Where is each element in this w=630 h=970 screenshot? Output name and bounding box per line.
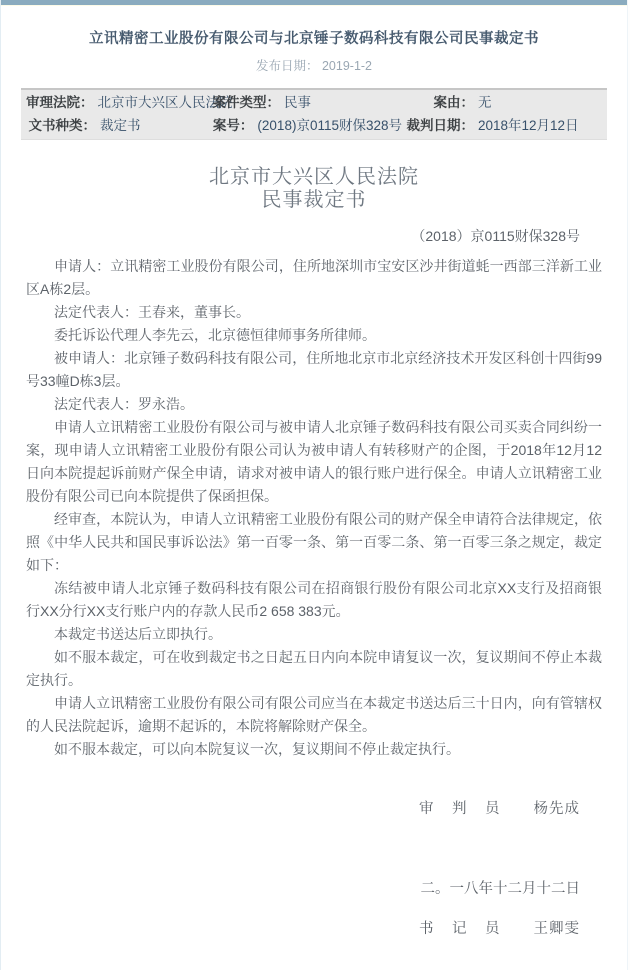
case-number-line: （2018）京0115财保328号: [1, 226, 580, 246]
meta-value: 2018年12月12日: [474, 114, 579, 137]
paragraph: 申请人立讯精密工业股份有限公司与被申请人北京锤子数码科技有限公司买卖合同纠纷一案…: [26, 416, 602, 508]
ruling-date: 二。一八年十二月十二日: [1, 879, 627, 899]
meta-cell-case-number: 案号： (2018)京0115财保328号: [212, 114, 402, 137]
clerk-signature: 书 记 员 王卿雯: [1, 919, 627, 939]
meta-cell-cause: 案由： 无: [402, 91, 607, 114]
meta-label: 文书种类：: [21, 114, 96, 137]
publish-date-label: 发布日期：: [256, 59, 319, 73]
document-header: 北京市大兴区人民法院 民事裁定书: [1, 166, 627, 212]
meta-value: 无: [474, 91, 492, 114]
meta-cell-judgment-date: 裁判日期： 2018年12月12日: [402, 114, 607, 137]
meta-row-1: 审理法院： 北京市大兴区人民法院 案件类型： 民事 案由： 无: [21, 91, 607, 114]
judge-signature: 审 判 员 杨先成: [1, 799, 627, 819]
paragraph: 如不服本裁定，可以向本院复议一次，复议期间不停止裁定执行。: [26, 738, 602, 761]
clerk-name: 王卿雯: [534, 921, 581, 937]
clerk-role: 书 记 员: [419, 921, 502, 937]
paragraph: 法定代表人：王春来，董事长。: [26, 301, 602, 324]
document-type: 民事裁定书: [1, 189, 627, 212]
paragraph: 如不服本裁定，可在收到裁定书之日起五日内向本院申请复议一次，复议期间不停止本裁定…: [26, 646, 602, 692]
judge-role: 审 判 员: [419, 801, 502, 817]
meta-label: 裁判日期：: [402, 114, 474, 137]
meta-cell-doc-type: 文书种类： 裁定书: [21, 114, 212, 137]
page-title: 立讯精密工业股份有限公司与北京锤子数码科技有限公司民事裁定书: [26, 29, 602, 49]
meta-label: 案由：: [402, 91, 474, 114]
meta-cell-court: 审理法院： 北京市大兴区人民法院: [21, 91, 212, 114]
top-accent-bar: [1, 0, 627, 6]
meta-label: 案件类型：: [212, 91, 280, 114]
paragraph: 申请人：立讯精密工业股份有限公司，住所地深圳市宝安区沙井街道蚝一西部三洋新工业区…: [26, 255, 602, 301]
judge-name: 杨先成: [534, 801, 581, 817]
meta-label: 审理法院：: [21, 91, 94, 114]
document-body: 申请人：立讯精密工业股份有限公司，住所地深圳市宝安区沙井街道蚝一西部三洋新工业区…: [26, 255, 602, 761]
paragraph: 本裁定书送达后立即执行。: [26, 623, 602, 646]
paragraph: 冻结被申请人北京锤子数码科技有限公司在招商银行股份有限公司北京XX支行及招商银行…: [26, 577, 602, 623]
paragraph: 法定代表人：罗永浩。: [26, 393, 602, 416]
meta-cell-case-type: 案件类型： 民事: [212, 91, 402, 114]
court-name: 北京市大兴区人民法院: [1, 166, 627, 189]
meta-value: 裁定书: [96, 114, 141, 137]
meta-value: 民事: [280, 91, 311, 114]
meta-value: (2018)京0115财保328号: [253, 114, 402, 137]
paragraph: 被申请人：北京锤子数码科技有限公司，住所地北京市北京经济技术开发区科创十四街99…: [26, 347, 602, 393]
paragraph: 申请人立讯精密工业股份有限公司有限公司应当在本裁定书送达后三十日内，向有管辖权的…: [26, 692, 602, 738]
paragraph: 委托诉讼代理人李先云，北京德恒律师事务所律师。: [26, 324, 602, 347]
case-meta-table: 审理法院： 北京市大兴区人民法院 案件类型： 民事 案由： 无 文书种类： 裁定…: [21, 88, 607, 140]
publish-date: 发布日期： 2019-1-2: [1, 58, 627, 75]
meta-label: 案号：: [212, 114, 253, 137]
document-page: 立讯精密工业股份有限公司与北京锤子数码科技有限公司民事裁定书 发布日期： 201…: [0, 0, 628, 970]
publish-date-value: 2019-1-2: [322, 59, 372, 73]
meta-row-2: 文书种类： 裁定书 案号： (2018)京0115财保328号 裁判日期： 20…: [21, 114, 607, 137]
paragraph: 经审查，本院认为，申请人立讯精密工业股份有限公司的财产保全申请符合法律规定，依照…: [26, 508, 602, 577]
